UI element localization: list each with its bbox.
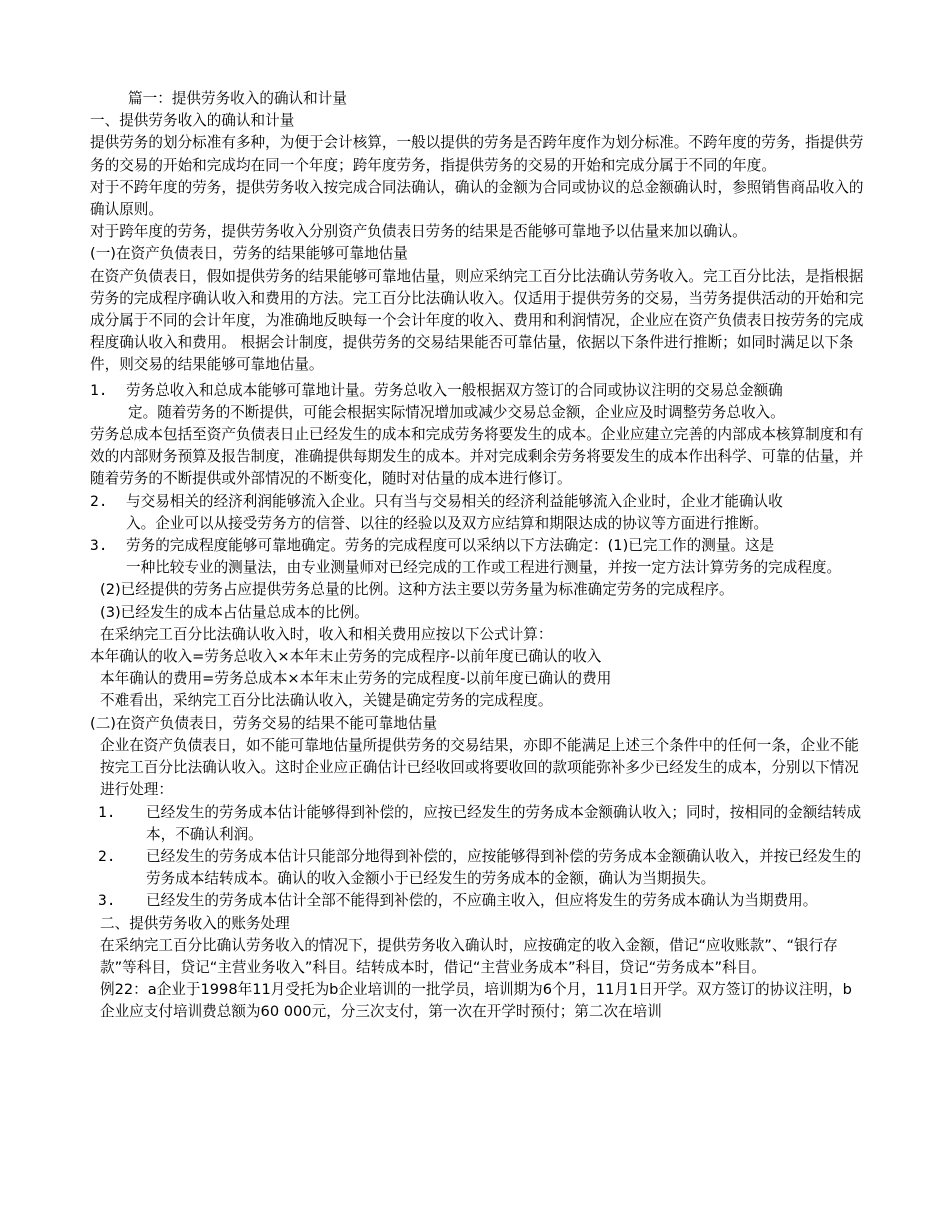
condition-text: 劳务的完成程度能够可靠地确定。劳务的完成程度可以采纳以下方法确定：(1)已完工作… <box>126 537 774 554</box>
case-number: 1. <box>90 802 146 846</box>
example-22: 例22：a企业于1998年11月受托为b企业培训的一批学员，培训期为6个月，11… <box>90 979 865 1023</box>
condition-item-1: 1. 劳务总收入和总成本能够可靠地计量。劳务总收入一般根据双方签订的合同或协议注… <box>90 380 865 424</box>
condition-text: 与交易相关的经济利润能够流入企业。只有当与交易相关的经济利益能够流入企业时，企业… <box>126 493 783 510</box>
formula-revenue: 本年确认的收入=劳务总收入×本年末止劳务的完成程序-以前年度已确认的收入 <box>90 646 865 668</box>
condition-number: 3. <box>90 535 126 579</box>
paragraph-accounting: 在采纳完工百分比确认劳务收入的情况下，提供劳务收入确认时，应按确定的收入金额，借… <box>90 935 865 979</box>
formula-note: 不难看出，采纳完工百分比法确认收入，关键是确定劳务的完成程度。 <box>90 690 865 712</box>
section1-heading: 一、提供劳务收入的确认和计量 <box>90 110 865 132</box>
subsection2-heading: (二)在资产负债表日，劳务交易的结果不能可靠地估量 <box>90 713 865 735</box>
document-page: 篇一：提供劳务收入的确认和计量 一、提供劳务收入的确认和计量 提供劳务的划分标准… <box>90 88 865 1024</box>
paragraph-total-cost: 劳务总成本包括至资产负债表日止已经发生的成本和完成劳务将要发生的成本。企业应建立… <box>90 424 865 491</box>
formula-intro: 在采纳完工百分比法确认收入时，收入和相关费用应按以下公式计算： <box>90 624 865 646</box>
case-number: 2. <box>90 846 146 890</box>
case-text: 已经发生的劳务成本估计全部不能得到补偿的，不应确主收入，但应将发生的劳务成本确认… <box>146 890 865 912</box>
paragraph-cross-year: 对于跨年度的劳务，提供劳务收入分别资产负债表日劳务的结果是否能够可靠地予以估量来… <box>90 221 865 243</box>
subsection1-heading: (一)在资产负债表日，劳务的结果能够可靠地估量 <box>90 243 865 265</box>
formula-expense: 本年确认的费用=劳务总成本×本年末止劳务的完成程度-以前年度已确认的费用 <box>90 668 865 690</box>
section2-heading: 二、提供劳务收入的账务处理 <box>90 913 865 935</box>
case-number: 3. <box>90 890 146 912</box>
paragraph-unreliable-estimate: 企业在资产负债表日，如不能可靠地估量所提供劳务的交易结果，亦即不能满足上述三个条… <box>90 735 865 802</box>
document-title: 篇一：提供劳务收入的确认和计量 <box>90 88 865 110</box>
condition-number: 1. <box>90 380 126 424</box>
paragraph-non-cross-year: 对于不跨年度的劳务，提供劳务收入按完成合同法确认，确认的金额为合同或协议的总金额… <box>90 177 865 221</box>
condition-item-3: 3. 劳务的完成程度能够可靠地确定。劳务的完成程度可以采纳以下方法确定：(1)已… <box>90 535 865 579</box>
condition-text-cont: 定。随着劳务的不断提供，可能会根据实际情况增加或减少交易总金额，企业应及时调整劳… <box>126 404 785 421</box>
case-item-2: 2. 已经发生的劳务成本估计只能部分地得到补偿的，应按能够得到补偿的劳务成本金额… <box>90 846 865 890</box>
condition-number: 2. <box>90 491 126 535</box>
method-2: (2)已经提供的劳务占应提供劳务总量的比例。这种方法主要以劳务量为标准确定劳务的… <box>90 579 865 601</box>
condition-item-2: 2. 与交易相关的经济利润能够流入企业。只有当与交易相关的经济利益能够流入企业时… <box>90 491 865 535</box>
condition-text-cont: 入。企业可以从接受劳务方的信誉、以往的经验以及双方应结算和期限达成的协议等方面进… <box>126 515 768 532</box>
case-item-3: 3. 已经发生的劳务成本估计全部不能得到补偿的，不应确主收入，但应将发生的劳务成… <box>90 890 865 912</box>
case-text: 已经发生的劳务成本估计只能部分地得到补偿的，应按能够得到补偿的劳务成本金额确认收… <box>146 846 865 890</box>
method-3: (3)已经发生的成本占估量总成本的比例。 <box>90 602 865 624</box>
condition-text: 劳务总收入和总成本能够可靠地计量。劳务总收入一般根据双方签订的合同或协议注明的交… <box>126 382 783 399</box>
condition-text-cont: 一种比较专业的测量法，由专业测量师对已经完成的工作或工程进行测量，并按一定方法计… <box>126 559 841 576</box>
case-item-1: 1. 已经发生的劳务成本估计能够得到补偿的，应按已经发生的劳务成本金额确认收入；… <box>90 802 865 846</box>
case-text: 已经发生的劳务成本估计能够得到补偿的，应按已经发生的劳务成本金额确认收入；同时，… <box>146 802 865 846</box>
paragraph-division-standard: 提供劳务的划分标准有多种，为便于会计核算，一般以提供的劳务是否跨年度作为划分标准… <box>90 132 865 176</box>
paragraph-percentage-method: 在资产负债表日，假如提供劳务的结果能够可靠地估量，则应采纳完工百分比法确认劳务收… <box>90 266 865 377</box>
